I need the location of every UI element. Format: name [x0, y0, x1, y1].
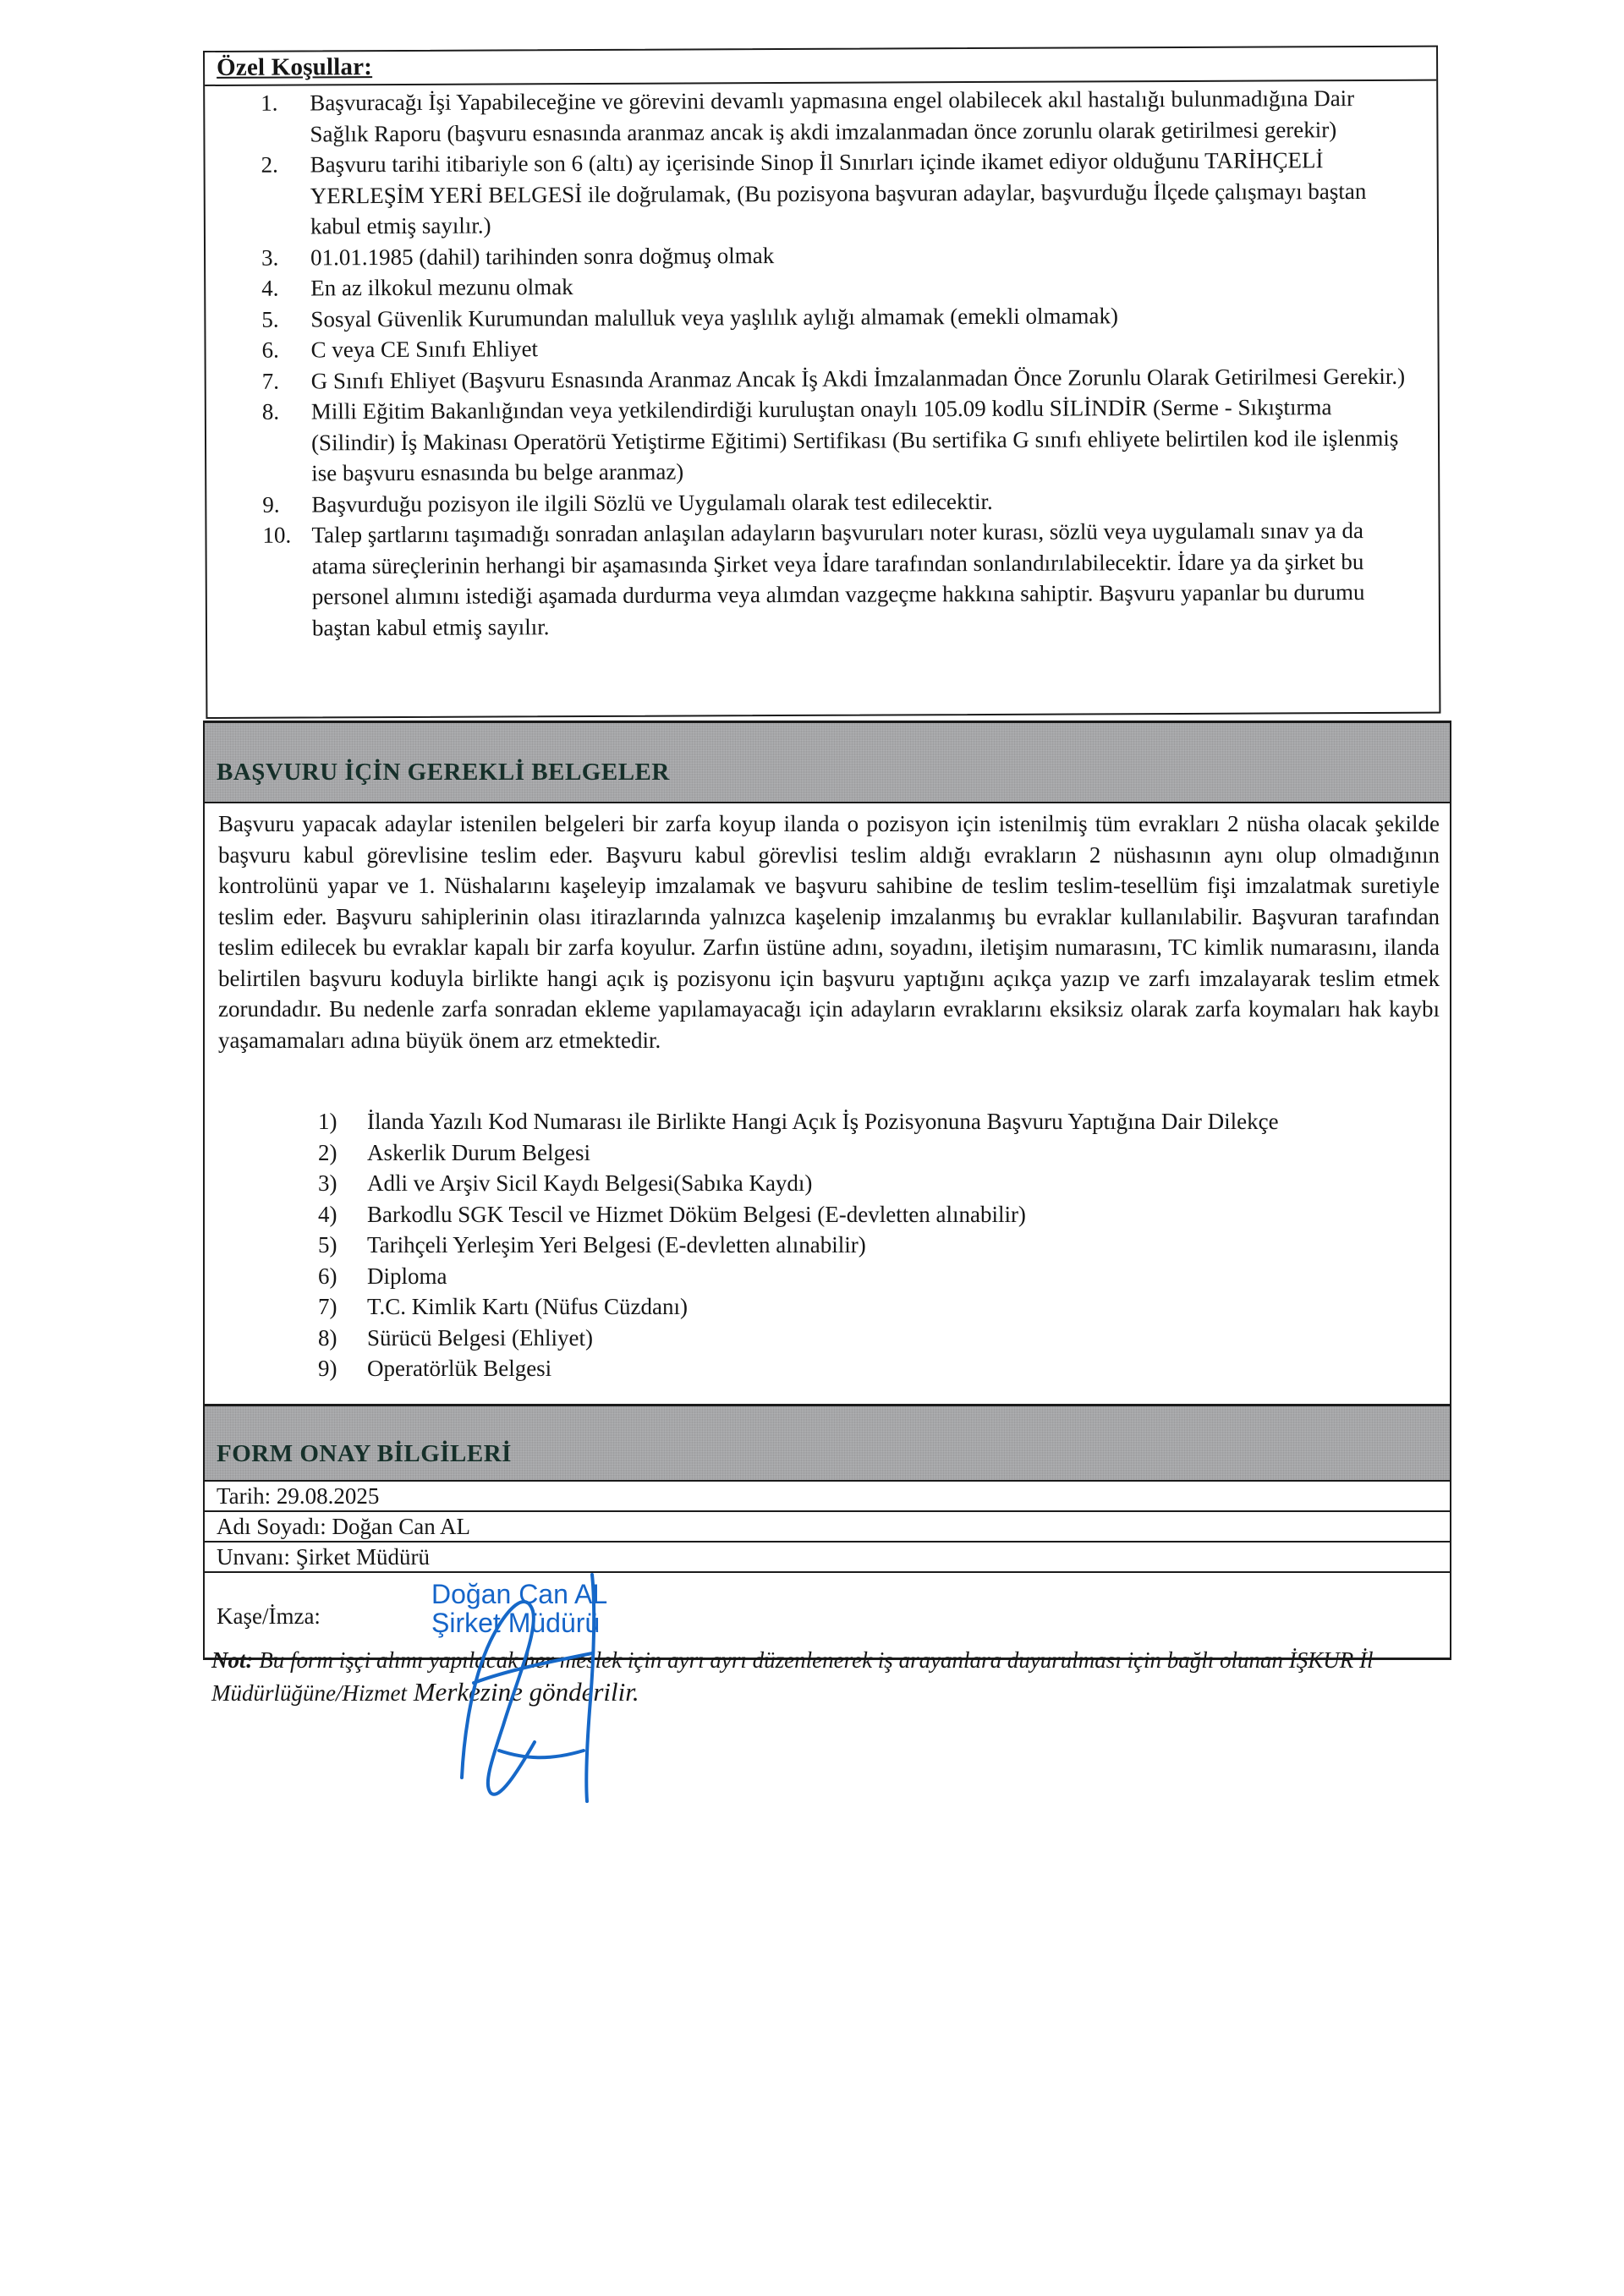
document-text: Operatörlük Belgesi	[367, 1356, 551, 1381]
condition-number: 10.	[262, 519, 304, 551]
form-approval-title: FORM ONAY BİLGİLERİ	[217, 1440, 512, 1468]
document-number: 4)	[318, 1199, 337, 1230]
condition-item: 3.01.01.1985 (dahil) tarihinden sonra do…	[206, 237, 1417, 273]
note-text-tail: Merkezine gönderilir.	[407, 1677, 639, 1707]
document-item: 5)Tarihçeli Yerleşim Yeri Belgesi (E-dev…	[205, 1230, 1453, 1261]
required-documents-list: 1)İlanda Yazılı Kod Numarası ile Birlikt…	[205, 1106, 1453, 1384]
document-text: Diploma	[367, 1263, 447, 1289]
condition-text: Milli Eğitim Bakanlığından veya yetkilen…	[311, 394, 1399, 485]
document-number: 8)	[318, 1323, 337, 1354]
condition-item: 10.Talep şartlarını taşımadığı sonradan …	[206, 515, 1418, 644]
document-number: 2)	[318, 1137, 337, 1169]
note-label: Not:	[211, 1647, 254, 1673]
condition-text: Talep şartlarını taşımadığı sonradan anl…	[311, 518, 1364, 640]
condition-text: Başvuru tarihi itibariyle son 6 (altı) a…	[310, 147, 1367, 238]
condition-number: 3.	[261, 242, 304, 273]
document-item: 1)İlanda Yazılı Kod Numarası ile Birlikt…	[205, 1106, 1453, 1137]
stamp-line-title: Şirket Müdürü	[431, 1608, 607, 1637]
document-item: 7)T.C. Kimlik Kartı (Nüfus Cüzdanı)	[205, 1291, 1453, 1323]
condition-text: C veya CE Sınıfı Ehliyet	[310, 336, 538, 362]
special-conditions-title: Özel Koşullar:	[217, 53, 372, 82]
document-item: 9)Operatörlük Belgesi	[205, 1353, 1453, 1384]
document-text: Askerlik Durum Belgesi	[367, 1140, 590, 1165]
document-item: 8)Sürücü Belgesi (Ehliyet)	[205, 1323, 1453, 1354]
condition-item: 4.En az ilkokul mezunu olmak	[206, 268, 1417, 304]
document-number: 6)	[318, 1261, 337, 1292]
document-text: Adli ve Arşiv Sicil Kaydı Belgesi(Sabıka…	[367, 1170, 812, 1196]
condition-item: 8.Milli Eğitim Bakanlığından veya yetkil…	[206, 392, 1418, 490]
condition-text: En az ilkokul mezunu olmak	[310, 274, 573, 300]
stamp-signature-label: Kaşe/İmza:	[217, 1602, 321, 1630]
special-conditions-header: Özel Koşullar:	[205, 47, 1436, 86]
condition-number: 5.	[261, 304, 304, 335]
condition-item: 2.Başvuru tarihi itibariyle son 6 (altı)…	[206, 145, 1417, 243]
form-approval-section: Tarih: 29.08.2025 Adı Soyadı: Doğan Can …	[203, 1482, 1451, 1660]
date-field: Tarih: 29.08.2025	[217, 1482, 379, 1510]
special-conditions-list: 1.Başvuracağı İşi Yapabileceğine ve göre…	[205, 81, 1439, 644]
condition-number: 6.	[261, 334, 304, 365]
document-item: 6)Diploma	[205, 1261, 1453, 1292]
condition-number: 7.	[262, 365, 304, 397]
company-stamp: Doğan Can AL Şirket Müdürü	[431, 1580, 607, 1637]
document-number: 9)	[318, 1353, 337, 1384]
condition-text: 01.01.1985 (dahil) tarihinden sonra doğm…	[310, 243, 774, 270]
document-number: 7)	[318, 1291, 337, 1323]
form-approval-header: FORM ONAY BİLGİLERİ	[203, 1404, 1451, 1482]
document-text: T.C. Kimlik Kartı (Nüfus Cüzdanı)	[367, 1294, 688, 1319]
condition-item: 7.G Sınıfı Ehliyet (Başvuru Esnasında Ar…	[206, 360, 1418, 397]
condition-item: 5.Sosyal Güvenlik Kurumundan malulluk ve…	[206, 299, 1417, 335]
condition-number: 2.	[261, 149, 304, 180]
document-item: 2)Askerlik Durum Belgesi	[205, 1137, 1453, 1169]
document-item: 4)Barkodlu SGK Tescil ve Hizmet Döküm Be…	[205, 1199, 1453, 1230]
document-number: 1)	[318, 1106, 337, 1137]
title-field: Unvanı: Şirket Müdürü	[217, 1543, 430, 1571]
condition-text: Başvuracağı İşi Yapabileceğine ve görevi…	[310, 85, 1354, 146]
condition-item: 6.C veya CE Sınıfı Ehliyet	[206, 330, 1417, 366]
name-field: Adı Soyadı: Doğan Can AL	[217, 1512, 470, 1541]
document-number: 3)	[318, 1168, 337, 1199]
required-documents-title: BAŞVURU İÇİN GEREKLİ BELGELER	[217, 759, 670, 786]
name-row: Adı Soyadı: Doğan Can AL	[205, 1512, 1450, 1543]
document-text: İlanda Yazılı Kod Numarası ile Birlikte …	[367, 1109, 1279, 1134]
condition-item: 9.Başvurduğu pozisyon ile ilgili Sözlü v…	[206, 484, 1418, 520]
document-item: 3)Adli ve Arşiv Sicil Kaydı Belgesi(Sabı…	[205, 1168, 1453, 1199]
note-text: Bu form işçi alımı yapılacak her meslek …	[211, 1647, 1374, 1706]
condition-number: 8.	[262, 396, 304, 427]
condition-text: Başvurduğu pozisyon ile ilgili Sözlü ve …	[311, 488, 992, 517]
condition-number: 4.	[261, 272, 304, 304]
required-documents-header: BAŞVURU İÇİN GEREKLİ BELGELER	[203, 721, 1451, 803]
condition-item: 1.Başvuracağı İşi Yapabileceğine ve göre…	[205, 83, 1416, 150]
stamp-line-name: Doğan Can AL	[431, 1580, 607, 1608]
footer-note: Not: Bu form işçi alımı yapılacak her me…	[211, 1644, 1455, 1709]
document-text: Barkodlu SGK Tescil ve Hizmet Döküm Belg…	[367, 1202, 1026, 1227]
condition-number: 9.	[262, 489, 304, 520]
required-documents-section: Başvuru yapacak adaylar istenilen belgel…	[203, 803, 1451, 1404]
document-text: Sürücü Belgesi (Ehliyet)	[367, 1325, 593, 1351]
condition-text: Sosyal Güvenlik Kurumundan malulluk veya…	[310, 303, 1118, 332]
document-text: Tarihçeli Yerleşim Yeri Belgesi (E-devle…	[367, 1232, 866, 1258]
date-row: Tarih: 29.08.2025	[205, 1482, 1450, 1512]
condition-text: G Sınıfı Ehliyet (Başvuru Esnasında Aran…	[311, 363, 1406, 393]
required-documents-paragraph: Başvuru yapacak adaylar istenilen belgel…	[218, 808, 1440, 1055]
special-conditions-section: Özel Koşullar: 1.Başvuracağı İşi Yapabil…	[203, 46, 1440, 719]
title-row: Unvanı: Şirket Müdürü	[205, 1543, 1450, 1573]
condition-number: 1.	[261, 87, 303, 118]
document-number: 5)	[318, 1230, 337, 1261]
